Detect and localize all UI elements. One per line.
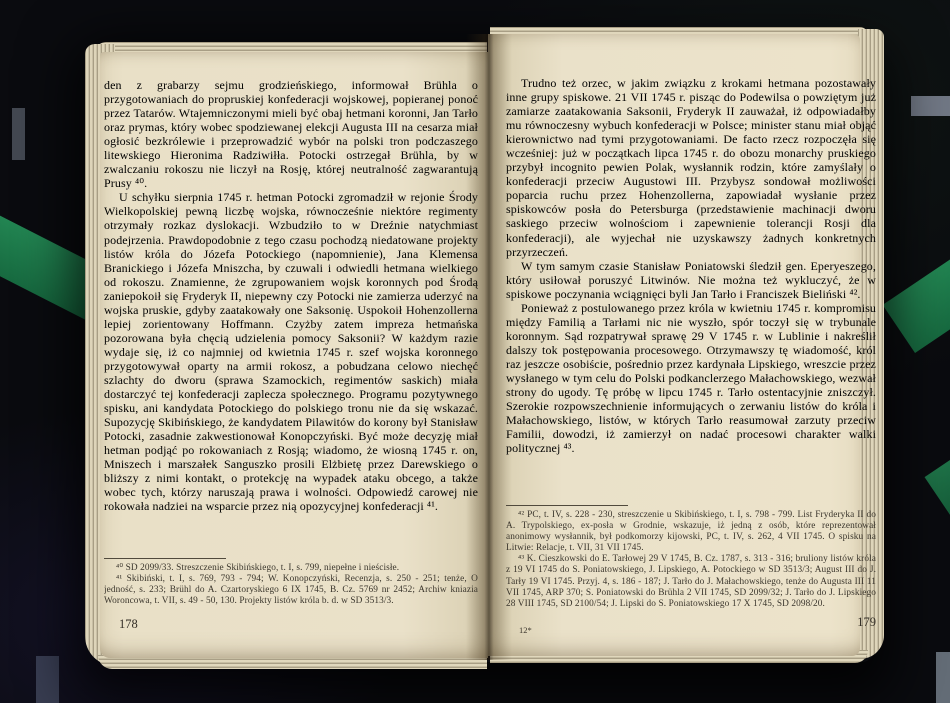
footnote: ⁴⁰ SD 2099/33. Streszczenie Skibińskiego… [104, 563, 478, 574]
page-number-left: 178 [119, 617, 138, 632]
footnote-separator-right [506, 505, 628, 506]
paragraph: U schyłku sierpnia 1745 r. hetman Potock… [104, 190, 478, 513]
signature-mark: 12* [519, 625, 532, 635]
page-number-right: 179 [836, 615, 876, 630]
footnote: ⁴³ K. Cieszkowski do E. Tarłowej 29 V 17… [506, 554, 876, 609]
frame-bracket-left-bottom [36, 656, 59, 703]
green-stripe-right-lower [925, 455, 950, 516]
paragraph: Trudno też orzec, w jakim związku z krok… [506, 76, 876, 259]
frame-bracket-right-bottom [936, 652, 950, 703]
book-photo-scene: den z grabarzy sejmu grodzieńskiego, inf… [0, 0, 950, 703]
left-page-footnotes: ⁴⁰ SD 2099/33. Streszczenie Skibińskiego… [104, 563, 478, 619]
footnote: ⁴¹ Skibiński, t. I, s. 769, 793 - 794; W… [104, 574, 478, 607]
right-page-body-text: Trudno też orzec, w jakim związku z krok… [506, 76, 876, 500]
paragraph: den z grabarzy sejmu grodzieńskiego, inf… [104, 78, 478, 190]
paragraph: W tym samym czasie Stanisław Poniatowski… [506, 259, 876, 301]
left-page-body-text: den z grabarzy sejmu grodzieńskiego, inf… [104, 78, 478, 557]
frame-bracket-left-top [12, 108, 25, 160]
frame-bracket-right-top [911, 96, 950, 188]
green-stripe-right-top [883, 221, 950, 353]
footnote: ⁴² PC, t. IV, s. 228 - 230, streszczenie… [506, 510, 876, 554]
paragraph: Ponieważ z postulowanego przez króla w k… [506, 301, 876, 456]
right-page-footnotes: ⁴² PC, t. IV, s. 228 - 230, streszczenie… [506, 510, 876, 624]
footnote-separator-left [104, 558, 226, 559]
